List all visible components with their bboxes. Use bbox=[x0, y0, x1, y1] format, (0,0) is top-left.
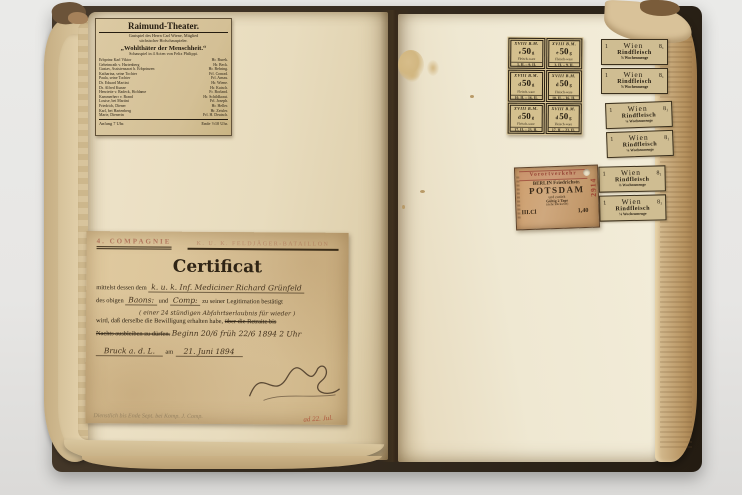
ticket-left-number: 1 bbox=[609, 107, 612, 113]
ticket-right-number: 8₁ bbox=[663, 105, 668, 111]
stamp-amount: 50 bbox=[559, 112, 568, 121]
wien-ticket: 1 Wien 8₁ Rindfleisch ⅛ Wochenmenge bbox=[601, 68, 668, 94]
stamp-amount-row: d 50 g bbox=[547, 112, 580, 121]
stamp-date-range: 3. II. – 9. II. bbox=[549, 62, 580, 67]
wien-ticket: 1 Wien 8₁ Rindfleisch ⅛ Wochenmenge bbox=[606, 130, 674, 158]
ticket-left-number: 1 bbox=[605, 73, 608, 79]
stamp-date-range: 17. II. – 23. II. bbox=[511, 127, 542, 132]
certificate-line-2: des obigen Baons: und Comp: zu seiner Le… bbox=[96, 294, 338, 309]
ticket-right-number: 8₁ bbox=[656, 170, 661, 176]
stamp-amount: 50 bbox=[522, 47, 531, 56]
ration-stamp: XVIII B.M. e 50 g Fleisch-ware 3. II. – … bbox=[508, 38, 545, 70]
ticket-quantity: ⅛ Wochenmenge bbox=[603, 182, 662, 187]
stamp-unit: g bbox=[532, 116, 534, 121]
wien-ticket-pair-1: 1 Wien 8₁ Rindfleisch ⅛ Wochenmenge 1 Wi… bbox=[601, 39, 668, 97]
handwritten-comp: Comp: bbox=[170, 296, 201, 306]
ticket-quantity: ⅛ Wochenmenge bbox=[610, 118, 669, 124]
stamp-product: Fleisch-ware bbox=[510, 122, 543, 126]
ticket-city: Wien bbox=[628, 104, 648, 112]
ticket-header-row: 1 Wien 8₁ bbox=[605, 71, 664, 79]
handwritten-date: 21. Juni 1894 bbox=[176, 346, 243, 356]
ticket-city: Wien bbox=[623, 71, 643, 79]
stamp-series-letter: d bbox=[518, 83, 521, 88]
red-ink-note: ad 22. Jul. bbox=[304, 414, 334, 424]
stamp-unit: g bbox=[532, 51, 534, 56]
ticket-city: Wien bbox=[622, 197, 642, 205]
page-speck bbox=[402, 205, 405, 209]
wien-ticket: 1 Wien 8₁ Rindfleisch ⅛ Wochenmenge bbox=[598, 165, 666, 192]
ticket-product: Rindfleisch bbox=[605, 50, 664, 57]
stamp-date-range: 3. II. – 9. II. bbox=[511, 62, 542, 67]
stamp-amount: 50 bbox=[559, 80, 568, 89]
cast-role: Marie, Dienerin bbox=[99, 113, 124, 118]
stamp-header: XVIII B.M. bbox=[547, 106, 580, 111]
printed-text: zu seiner Legitimation bestätigt bbox=[202, 298, 283, 306]
stamp-amount-row: d 50 g bbox=[547, 79, 580, 88]
stamp-unit: g bbox=[532, 83, 534, 88]
stamp-product: Fleisch-ware bbox=[547, 122, 580, 126]
page-speck bbox=[420, 190, 425, 193]
ration-stamp-sheet: XVIII B.M. e 50 g Fleisch-ware 3. II. – … bbox=[507, 37, 584, 136]
certificate: 4. COMPAGNIE K. U. K. FELDJÄGER-BATAILLO… bbox=[85, 231, 348, 425]
clipping-footer: Anfang 7 Uhr. Ende ½10 Uhr. bbox=[99, 119, 228, 126]
clipping-masthead: Raimund-Theater. bbox=[99, 21, 228, 33]
ticket-class: III.Cl bbox=[521, 209, 536, 217]
ration-stamp: XVIII B.M. d 50 g Fleisch-ware 10. II. –… bbox=[545, 70, 582, 102]
wien-ticket-pair-3: 1 Wien 8₁ Rindfleisch ⅛ Wochenmenge 1 Wi… bbox=[598, 165, 666, 224]
battalion-stamp: K. U. K. FELDJÄGER-BATAILLON bbox=[187, 241, 338, 251]
ticket-header-row: 1 Wien 8₁ bbox=[605, 42, 664, 50]
pencil-note: Dienstlich bis Ende Sept. bei Komp. J. C… bbox=[93, 413, 203, 420]
ticket-right-number: 8₁ bbox=[659, 73, 664, 79]
printed-text: wird, daß derselbe die Bewilligung erhal… bbox=[96, 317, 223, 325]
printed-text: und bbox=[159, 297, 169, 304]
page-stain bbox=[427, 60, 439, 76]
wien-ticket-pair-2: 1 Wien 8₁ Rindfleisch ⅛ Wochenmenge 1 Wi… bbox=[605, 101, 674, 161]
ration-stamp: XVIII B.M. d 50 g Fleisch-ware 17. II. –… bbox=[508, 102, 545, 134]
wien-ticket: 1 Wien 8₁ Rindfleisch ⅛ Wochenmenge bbox=[605, 101, 673, 129]
cast-row: Marie, Dienerin Frl. H. Deutsch. bbox=[99, 113, 228, 118]
ticket-quantity: ⅛ Wochenmenge bbox=[611, 147, 670, 153]
stamp-product: Fleisch-ware bbox=[510, 57, 543, 61]
certificate-title: Certificat bbox=[96, 256, 338, 278]
ration-stamp: XVIII B.M. e 50 g Fleisch-ware 3. II. – … bbox=[546, 38, 583, 70]
stamp-product: Fleisch-ware bbox=[547, 90, 580, 94]
stamp-series-letter: d bbox=[556, 84, 559, 89]
printed-text: des obigen bbox=[96, 297, 124, 304]
page-stain bbox=[404, 68, 420, 82]
ticket-right-number: 8₁ bbox=[664, 134, 669, 140]
stamp-amount: 50 bbox=[522, 79, 531, 88]
stamp-amount-row: e 50 g bbox=[510, 47, 543, 56]
ticket-quantity: ⅛ Wochenmenge bbox=[603, 211, 662, 216]
ticket-price: 1,40 bbox=[578, 207, 589, 214]
clipping-play-subtitle: Schauspiel in 4 Acten von Felix Philippi… bbox=[99, 52, 228, 57]
ticket-city: Wien bbox=[629, 133, 649, 141]
ticket-city: Wien bbox=[623, 42, 643, 50]
certificate-line-4: Nachts ausbleiben zu dürfen. Beginn 20/6… bbox=[96, 327, 338, 342]
stamp-unit: g bbox=[569, 116, 571, 121]
stamp-unit: g bbox=[569, 84, 571, 89]
stamp-header: XVIII B.M. bbox=[510, 105, 543, 110]
stamp-amount: 50 bbox=[559, 47, 568, 56]
ticket-left-number: 1 bbox=[603, 200, 606, 206]
handwritten-place: Bruck a. d. L. bbox=[96, 346, 163, 356]
struck-text: über die Retraite bis bbox=[225, 318, 277, 325]
railway-ticket: Vorortverkehr BERLIN Friedrichstr. POTSD… bbox=[514, 165, 600, 231]
ticket-right-number: 8₁ bbox=[657, 199, 662, 205]
wien-ticket: 1 Wien 8₁ Rindfleisch ⅛ Wochenmenge bbox=[601, 39, 668, 65]
stamp-amount-row: e 50 g bbox=[548, 47, 581, 56]
certificate-header-stamps: 4. COMPAGNIE K. U. K. FELDJÄGER-BATAILLO… bbox=[97, 237, 339, 251]
wien-ticket: 1 Wien 8₁ Rindfleisch ⅛ Wochenmenge bbox=[599, 194, 667, 221]
certificate-place-date: Bruck a. d. L. am 21. Juni 1894 bbox=[96, 346, 338, 358]
stamp-date-range: 10. II. – 16. II. bbox=[548, 95, 579, 100]
ticket-serial-number: 2914 bbox=[588, 178, 598, 197]
ration-stamp: XVIII B.M. d 50 g Fleisch-ware 10. II. –… bbox=[508, 70, 545, 102]
ticket-right-number: 8₁ bbox=[659, 44, 664, 50]
ticket-quantity: ⅛ Wochenmenge bbox=[605, 85, 664, 89]
ticket-quantity: ⅛ Wochenmenge bbox=[605, 56, 664, 60]
ticket-class-price-row: III.Cl 1,40 bbox=[516, 206, 598, 217]
cast-actor: Frl. H. Deutsch. bbox=[203, 113, 228, 118]
ticket-left-number: 1 bbox=[602, 171, 605, 177]
torn-corner-top-left-light bbox=[68, 12, 88, 24]
stamp-series-letter: e bbox=[556, 51, 558, 56]
stamp-series-letter: e bbox=[519, 51, 521, 56]
company-stamp: 4. COMPAGNIE bbox=[97, 237, 172, 250]
stamp-series-letter: d bbox=[518, 116, 521, 121]
ticket-product: Rindfleisch bbox=[605, 79, 664, 86]
stamp-product: Fleisch-ware bbox=[548, 57, 581, 61]
stamp-series-letter: d bbox=[555, 116, 558, 121]
clipping-cast-list: Erbprinz Karl Viktor Hr. Burek. Geheimra… bbox=[99, 58, 228, 118]
torn-corner-top-right-dark bbox=[640, 0, 680, 16]
scrapbook-photo: Raimund-Theater. Gastspiel des Herrn Car… bbox=[0, 0, 742, 495]
stamp-amount: 50 bbox=[522, 112, 531, 121]
stamp-unit: g bbox=[569, 51, 571, 56]
stamp-product: Fleisch-ware bbox=[510, 89, 543, 93]
clipping-subline: sächsischer Hofschauspieler. bbox=[99, 39, 228, 44]
ticket-left-number: 1 bbox=[605, 44, 608, 50]
stamp-date-range: 10. II. – 16. II. bbox=[511, 94, 542, 99]
printed-text: am bbox=[165, 348, 173, 355]
stamp-amount-row: d 50 g bbox=[510, 111, 543, 120]
page-speck bbox=[470, 95, 474, 98]
ticket-left-number: 1 bbox=[610, 136, 613, 142]
stamp-amount-row: d 50 g bbox=[510, 79, 543, 88]
clipping-end-time: Ende ½10 Uhr. bbox=[201, 121, 228, 126]
clipping-start-time: Anfang 7 Uhr. bbox=[99, 121, 124, 126]
handwritten-baon: Baons: bbox=[125, 295, 157, 305]
ticket-city: Wien bbox=[621, 168, 641, 176]
handwritten-dates: Beginn 20/6 früh 22/6 1894 2 Uhr bbox=[172, 328, 301, 338]
punch-hole bbox=[583, 169, 590, 176]
printed-text: mittelst dessen dem bbox=[96, 284, 146, 291]
handwritten-name: k. u. k. Inf. Mediciner Richard Grünfeld bbox=[148, 283, 304, 294]
signature-flourish bbox=[243, 358, 343, 407]
ration-stamp: XVIII B.M. d 50 g Fleisch-ware 17. II. –… bbox=[545, 103, 582, 135]
stamp-date-range: 17. II. – 23. II. bbox=[548, 127, 579, 132]
struck-text: Nachts ausbleiben zu dürfen. bbox=[96, 330, 170, 338]
newspaper-clipping: Raimund-Theater. Gastspiel des Herrn Car… bbox=[95, 18, 232, 136]
